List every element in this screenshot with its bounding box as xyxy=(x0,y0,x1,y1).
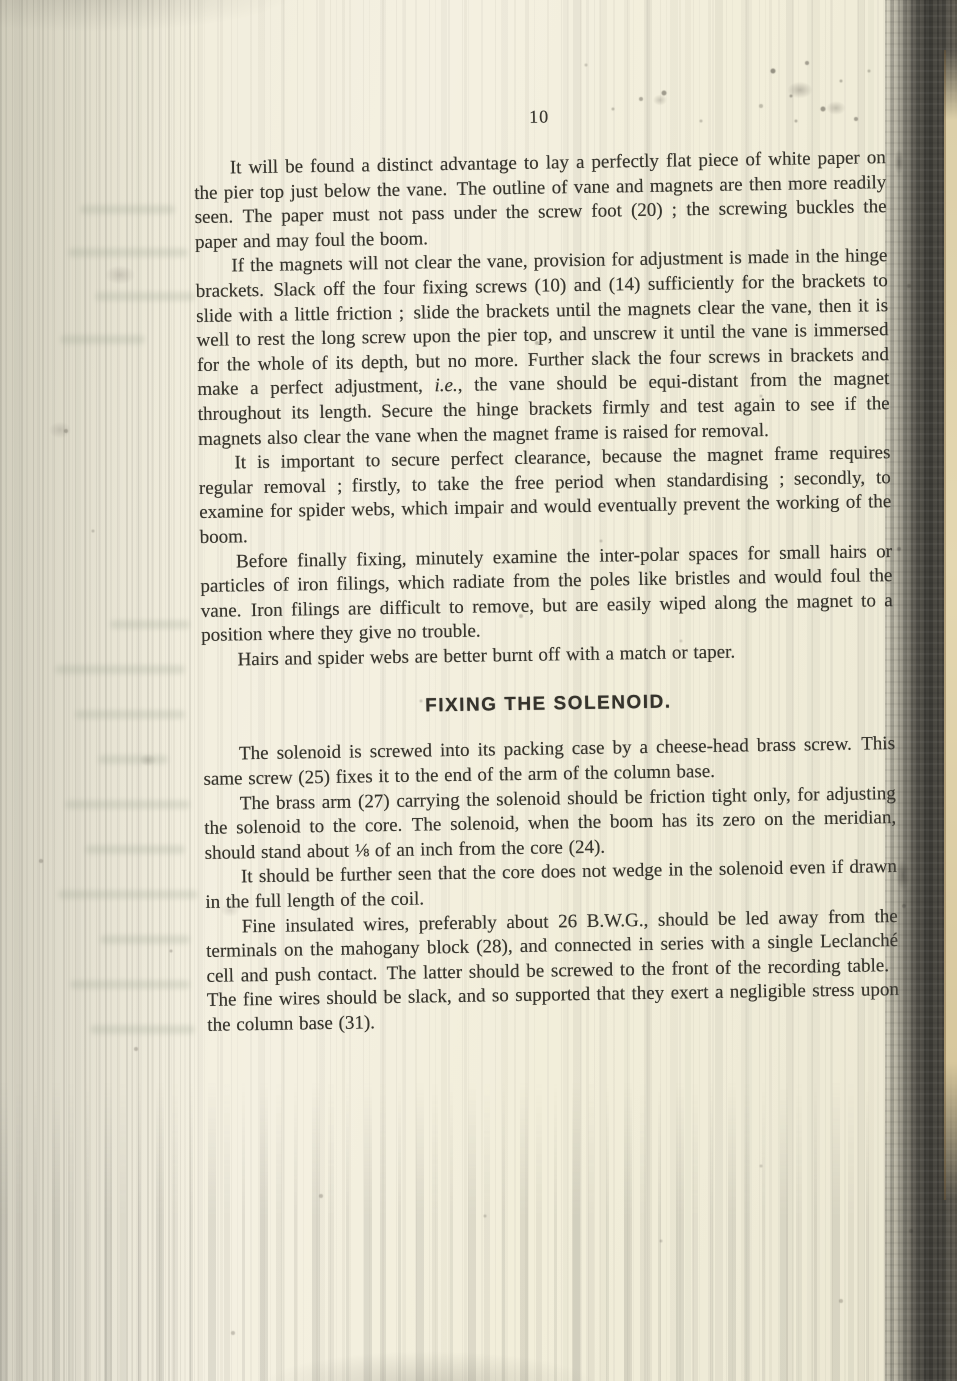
bleed-through-text xyxy=(85,845,185,854)
bleed-through-text xyxy=(80,205,175,214)
page-edge xyxy=(944,50,957,1200)
bleed-through-text xyxy=(68,248,188,257)
paragraph: If the magnets will not clear the vane, … xyxy=(195,244,890,452)
body-text: It will be found a distinct advantage to… xyxy=(194,146,900,1038)
text-column: 10 It will be found a distinct advantage… xyxy=(193,101,899,1038)
paragraph: The brass arm (27) carrying the solenoid… xyxy=(204,782,897,867)
section-heading: FIXING THE SOLENOID. xyxy=(202,689,894,722)
ink-specks xyxy=(0,0,2,2)
bleed-through-text xyxy=(70,980,190,989)
bleed-through-text xyxy=(55,665,185,674)
bleed-through-text xyxy=(98,755,168,764)
bleed-through-text xyxy=(90,1025,195,1034)
bleed-through-text xyxy=(95,292,195,301)
bleed-through-text xyxy=(100,935,190,944)
book-edge-shadow xyxy=(885,0,957,1381)
paragraph: Fine insulated wires, preferably about 2… xyxy=(206,905,900,1039)
paragraph: It is important to secure perfect cleara… xyxy=(198,441,891,550)
paragraph: Before finally fixing, minutely examine … xyxy=(200,540,893,649)
paragraph: It will be found a distinct advantage to… xyxy=(194,146,887,255)
bleed-through-text xyxy=(60,335,145,344)
bleed-through-text xyxy=(58,890,198,899)
bleed-through-text xyxy=(75,710,185,719)
page-number: 10 xyxy=(193,101,885,133)
bleed-through-text xyxy=(110,620,190,629)
scanned-book-page: 10 It will be found a distinct advantage… xyxy=(0,0,957,1381)
scan-streaks-bottom-margin xyxy=(0,1081,957,1381)
bleed-through-text xyxy=(65,800,190,809)
